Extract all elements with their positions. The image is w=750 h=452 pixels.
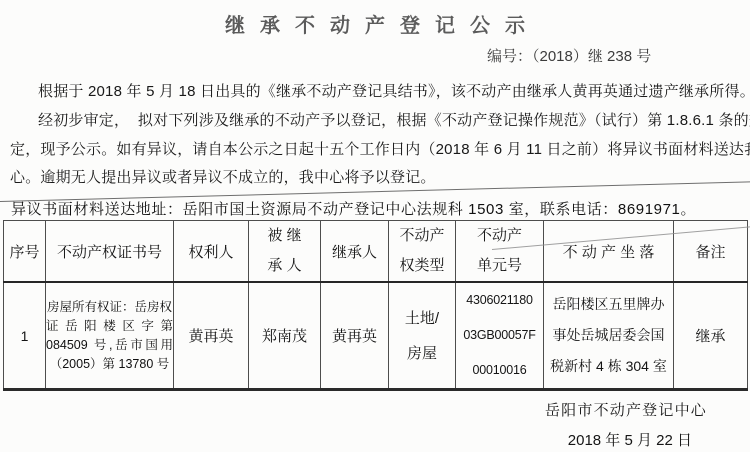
cell-right-holder: 黄再英: [174, 282, 249, 390]
col-header-decedent: 被 继 承 人: [249, 221, 321, 283]
cell-property-type: 土地/ 房屋: [389, 282, 456, 390]
col-header-cert-no: 不动产权证书号: [46, 221, 174, 283]
cell-remark: 继承: [674, 282, 748, 390]
issuing-authority: 岳阳市不动产登记中心: [545, 399, 707, 420]
paragraph-1: 根据于 2018 年 5 月 18 日出具的《继承不动产登记具结书》，该不动产由…: [10, 80, 750, 101]
document-number: 编号：（2018）继 238 号: [487, 45, 651, 66]
notice-document: 继承不动产登记公示 编号：（2018）继 238 号 根据于 2018 年 5 …: [0, 0, 750, 452]
col-header-unit-no: 不动产 单元号: [456, 221, 544, 283]
paragraph-2-line-1: 经初步审定， 拟对下列涉及继承的不动产予以登记，根据《不动产登记操作规范》（试行…: [10, 109, 750, 130]
cell-heir: 黄再英: [321, 282, 389, 390]
col-header-seq: 序号: [4, 221, 46, 283]
paragraph-2-line-2: 定，现予公示。如有异议，请自本公示之日起十五个工作日内（2018 年 6 月 1…: [10, 138, 750, 159]
col-header-property-type: 不动产 权类型: [389, 221, 456, 283]
issue-date: 2018 年 5 月 22 日: [568, 429, 692, 450]
col-header-heir: 继承人: [321, 221, 389, 283]
cell-cert-no: 房屋所有权证：岳房权 证岳阳楼区字第 084509 号,岳市国用 （2005）第…: [46, 282, 174, 390]
paragraph-2-line-3: 心。逾期无人提出异议或者异议不成立的，我中心将予以登记。: [10, 166, 436, 187]
objection-address-line: 异议书面材料送达地址：岳阳市国土资源局不动产登记中心法规科 1503 室，联系电…: [11, 198, 696, 219]
table-row: 1 房屋所有权证：岳房权 证岳阳楼区字第 084509 号,岳市国用 （2005…: [4, 282, 748, 390]
cell-decedent: 郑南茂: [249, 282, 321, 390]
cell-unit-no: 4306021180 03GB00057F 00010016: [456, 282, 544, 390]
table-header-row: 序号 不动产权证书号 权利人 被 继 承 人 继承人 不动产 权类型 不动产 单…: [4, 221, 748, 283]
registration-table: 序号 不动产权证书号 权利人 被 继 承 人 继承人 不动产 权类型 不动产 单…: [3, 220, 748, 391]
page-title: 继承不动产登记公示: [0, 9, 750, 38]
col-header-location: 不 动 产 坐 落: [544, 221, 674, 283]
col-header-right-holder: 权利人: [174, 221, 249, 283]
cell-location: 岳阳楼区五里牌办 事处岳城居委会国 税新村 4 栋 304 室: [544, 282, 674, 390]
cell-seq: 1: [4, 282, 46, 390]
